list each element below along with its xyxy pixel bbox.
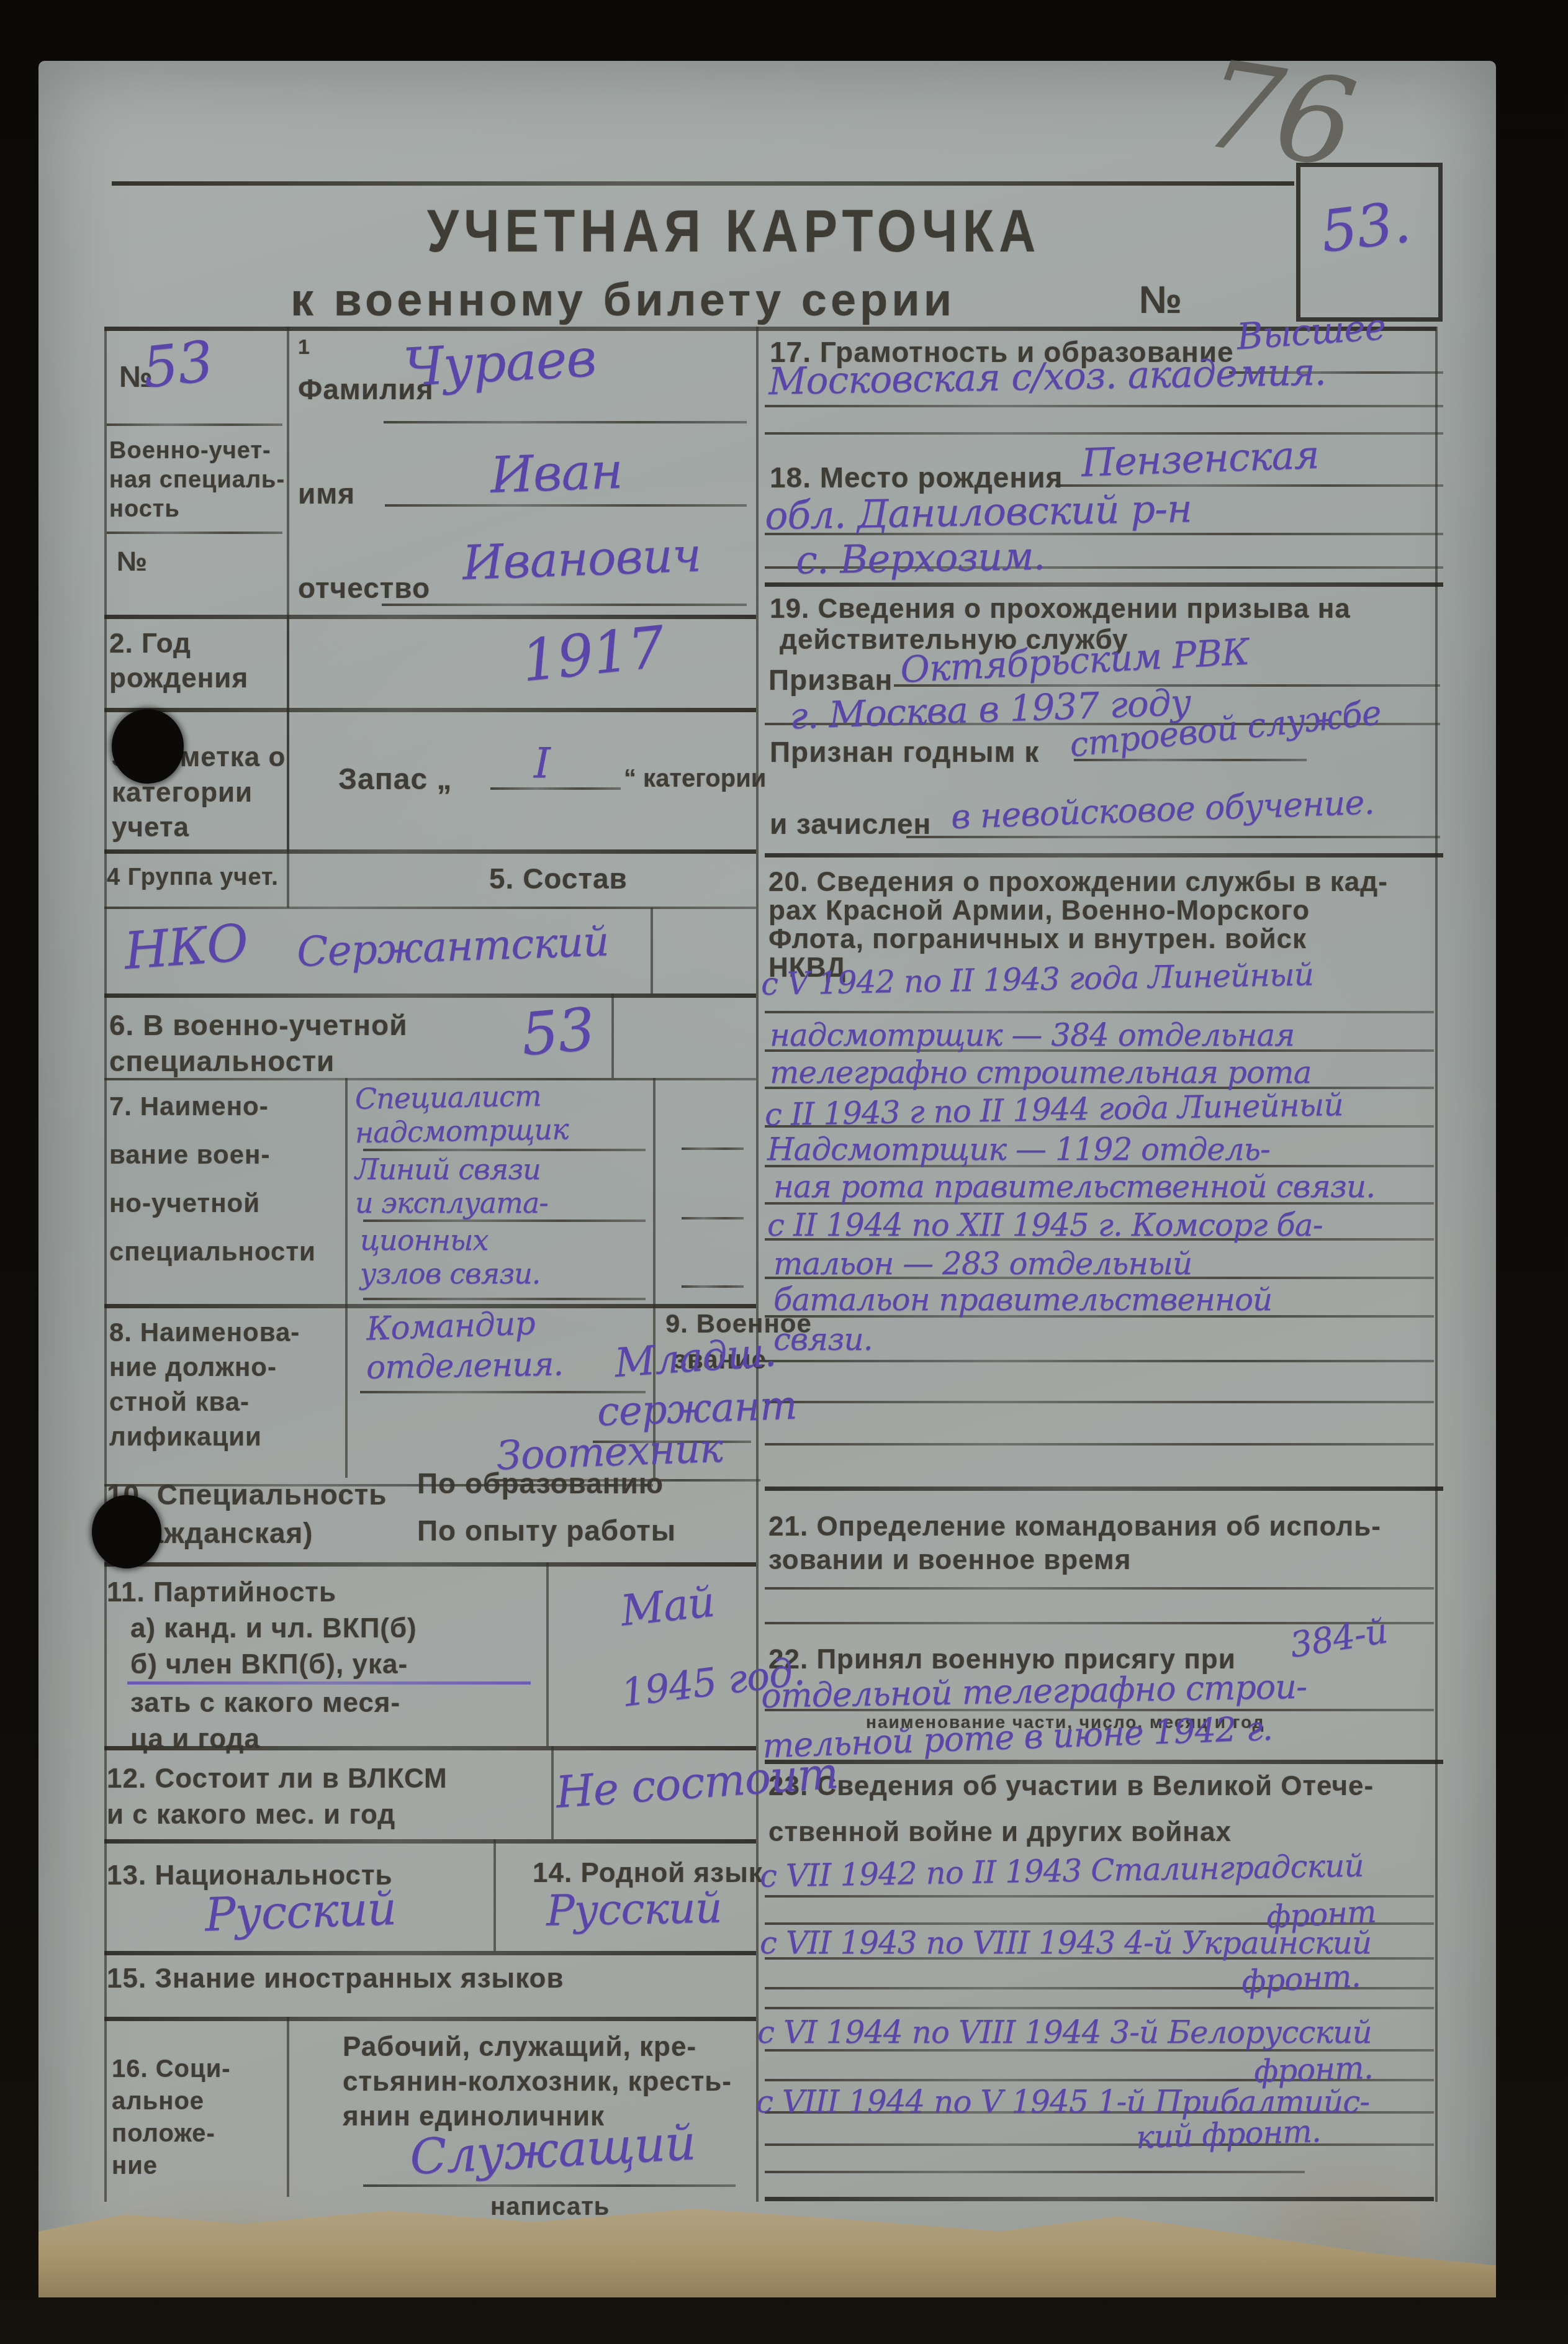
field-23-value: фронт. — [1241, 1958, 1361, 2000]
grid-line — [104, 708, 756, 712]
grid-line — [287, 615, 289, 708]
field-6-label: 6. В военно-учетной — [109, 1008, 407, 1042]
underline — [682, 1147, 744, 1150]
field-7-label: специальности — [109, 1237, 316, 1267]
field-11-label: зать с какого меся- — [130, 1688, 400, 1719]
vus-label: Военно-учет- — [109, 438, 271, 464]
underline — [363, 1298, 646, 1300]
field-8-value: отделения. — [366, 1346, 564, 1387]
field-7-value: Линий связи — [355, 1152, 541, 1186]
category-prefix: Запас „ — [338, 762, 452, 797]
field-16-label: положе- — [112, 2120, 215, 2148]
field-7-value: Специалист — [355, 1079, 541, 1115]
field-18-value: обл. Даниловский р-н — [764, 486, 1192, 538]
field-23-label: ственной войне и других войнах — [768, 1817, 1232, 1848]
grid-line — [345, 1078, 348, 1304]
staff-label: 5. Состав — [489, 862, 628, 895]
category-suffix: “ категории — [624, 765, 766, 793]
underline — [765, 405, 1443, 407]
field-11-label: б) член ВКП(б), ука- — [130, 1649, 408, 1680]
field-19-fit-label: Признан годным к — [770, 735, 1039, 769]
grid-line — [551, 1746, 554, 1839]
field-20-value: связи. — [773, 1321, 873, 1357]
field-20-value: тальон — 283 отдельный — [773, 1246, 1192, 1282]
serial-number-value: 53. — [1317, 189, 1413, 266]
group-value: НКО — [122, 913, 250, 981]
field-18-value: Пензенская — [1081, 432, 1320, 485]
field-12-label: и с какого мес. и год — [107, 1799, 395, 1830]
field-18-value: с. Верхозим. — [795, 533, 1045, 583]
field-16-hint: написать — [490, 2193, 610, 2221]
series-number-sign: № — [1139, 278, 1183, 322]
grid-line — [104, 1078, 756, 1080]
field-6-value: 53 — [518, 995, 597, 1069]
grid-line — [104, 2017, 756, 2021]
field-23-value: кий фронт. — [1135, 2113, 1321, 2155]
grid-line — [112, 181, 1294, 186]
grid-line — [653, 1078, 656, 1304]
field-7-value: и эксплуата- — [355, 1186, 548, 1220]
hole-punch-bottom — [92, 1495, 161, 1568]
underline — [765, 2007, 1434, 2009]
pen-underline — [127, 1681, 531, 1685]
grid-line — [287, 708, 289, 849]
underline — [765, 1443, 1434, 1446]
birth-year-label: рождения — [109, 663, 248, 694]
field-11-value: Май — [618, 1577, 716, 1636]
field-8-value: Командир — [366, 1305, 536, 1347]
vus-label: ная специаль- — [109, 467, 285, 494]
field-7-value: надсмотрщик — [355, 1112, 569, 1149]
underline — [765, 2143, 1434, 2146]
field-11-label: а) канд. и чл. ВКП(б) — [130, 1613, 417, 1644]
grid-line — [104, 1951, 756, 1955]
field-16-label: 16. Соци- — [112, 2055, 231, 2083]
underline — [906, 836, 1440, 838]
grid-line — [611, 993, 614, 1078]
underline — [765, 2171, 1305, 2173]
field-19-enrolled-label: и зачислен — [770, 807, 931, 841]
underline — [363, 1220, 646, 1222]
field-20-value: ная рота правительственной связи. — [773, 1169, 1375, 1205]
underline — [363, 1149, 646, 1151]
field-20-value: батальон правительственной — [773, 1282, 1272, 1318]
group-label: 4 Группа учет. — [107, 864, 279, 891]
field-20-value: телеграфно строительная рота — [770, 1054, 1311, 1090]
field-23-value: с VI 1944 по VIII 1944 3-й Белорусский — [757, 2014, 1372, 2050]
field-7-label: но-учетной — [109, 1188, 260, 1218]
grid-line — [765, 1486, 1443, 1491]
field-16-label: альное — [112, 2088, 204, 2115]
underline — [104, 907, 756, 909]
field-11-label: 11. Партийность — [107, 1577, 336, 1608]
card-no-value: 53 — [140, 328, 216, 400]
field-8-label: лификации — [109, 1422, 262, 1452]
underline — [682, 1217, 744, 1220]
field-14-value: Русский — [546, 1884, 722, 1936]
vus-label: ность — [109, 496, 180, 523]
underline — [490, 787, 621, 790]
grid-line — [287, 2017, 289, 2197]
field-7-value: ционных — [360, 1223, 488, 1257]
underline — [385, 504, 747, 507]
field-8-label: стной ква- — [109, 1387, 250, 1417]
field-16-options: Рабочий, служащий, кре- — [343, 2032, 696, 2063]
patronymic-label: отчество — [298, 571, 430, 605]
underline — [382, 604, 747, 606]
field-20-label: 20. Сведения о прохождении службы в кад- — [768, 867, 1388, 898]
underline — [765, 432, 1443, 435]
card-subtitle: к военному билету серии — [291, 273, 955, 326]
grid-line — [104, 1304, 756, 1308]
field-8-label: 8. Наименова- — [109, 1318, 300, 1347]
field-20-value: надсмотрщик — 384 отдельная — [770, 1017, 1294, 1053]
grid-line — [104, 1562, 756, 1567]
field-21-label: 21. Определение командования об исполь- — [768, 1511, 1381, 1542]
category-label: учета — [112, 812, 189, 843]
vus-no-label: № — [117, 546, 148, 577]
field-12-label: 12. Состоит ли в ВЛКСМ — [107, 1763, 448, 1794]
category-label: категории — [112, 777, 253, 808]
grid-line — [345, 1304, 348, 1478]
field-20-value: с II 1944 по XII 1945 г. Комсорг ба- — [767, 1207, 1323, 1243]
field-23-label: 23. Сведения об участии в Великой Отече- — [768, 1771, 1374, 1802]
field-6-label: специальности — [109, 1044, 335, 1078]
grid-line — [756, 327, 759, 2202]
field-20-label: рах Красной Армии, Военно-Морского — [768, 895, 1310, 926]
surname-index: 1 — [298, 335, 310, 360]
grid-line — [546, 1562, 549, 1746]
patronymic-value: Иванович — [462, 527, 702, 590]
field-10-education-value: Зоотехник — [496, 1426, 724, 1480]
underline — [765, 1587, 1434, 1590]
surname-value: Чураев — [402, 327, 598, 398]
grid-line — [104, 993, 756, 998]
underline — [384, 421, 747, 423]
underline — [765, 1011, 1434, 1013]
name-label: имя — [298, 477, 355, 510]
grid-line — [651, 908, 653, 993]
field-23-value: с VII 1943 по VIII 1943 4-й Украинский — [760, 1925, 1371, 1961]
underline — [765, 1401, 1434, 1403]
underline — [765, 1360, 1434, 1362]
field-21-label: зовании и военное время — [768, 1545, 1131, 1576]
underline — [682, 1285, 744, 1288]
grid-line — [104, 1839, 756, 1844]
pencil-number: 76 — [1194, 33, 1361, 195]
field-15-label: 15. Знание иностранных языков — [107, 1963, 564, 1994]
scanned-registration-card-photo: 76 53. УЧЕТНАЯ КАРТОЧКА к военному билет… — [0, 0, 1568, 2344]
field-7-value: узлов связи. — [360, 1257, 540, 1290]
grid-line — [104, 849, 756, 854]
birth-year-label: 2. Год — [109, 628, 191, 659]
field-8-label: ние должно- — [109, 1352, 277, 1382]
grid-line — [104, 327, 107, 2202]
field-20-label: Флота, пограничных и внутрен. войск — [768, 924, 1307, 955]
field-10-experience-label: По опыту работы — [417, 1514, 676, 1547]
field-16-options: стьянин-колхозник, кресть- — [343, 2066, 732, 2097]
grid-line — [765, 2197, 1434, 2201]
field-7-label: вание воен- — [109, 1140, 270, 1170]
field-20-value: Надсмотрщик — 1192 отдель- — [767, 1131, 1270, 1167]
field-7-label: 7. Наимено- — [109, 1092, 269, 1121]
field-19-label: 19. Сведения о прохождении призыва на — [770, 594, 1351, 625]
field-14-label: 14. Родной язык — [533, 1858, 763, 1889]
grid-line — [493, 1839, 496, 1951]
grid-line — [765, 853, 1443, 858]
hole-punch-top — [112, 709, 184, 784]
category-value: I — [534, 739, 550, 788]
field-13-value: Русский — [204, 1882, 397, 1942]
card-title: УЧЕТНАЯ КАРТОЧКА — [427, 197, 1041, 266]
field-11-label: ца и года — [130, 1724, 260, 1755]
grid-line — [1435, 327, 1438, 2202]
underline — [107, 423, 282, 426]
underline — [107, 532, 282, 534]
grid-line — [765, 582, 1443, 587]
field-16-label: ние — [112, 2152, 158, 2180]
name-value: Иван — [489, 441, 623, 504]
